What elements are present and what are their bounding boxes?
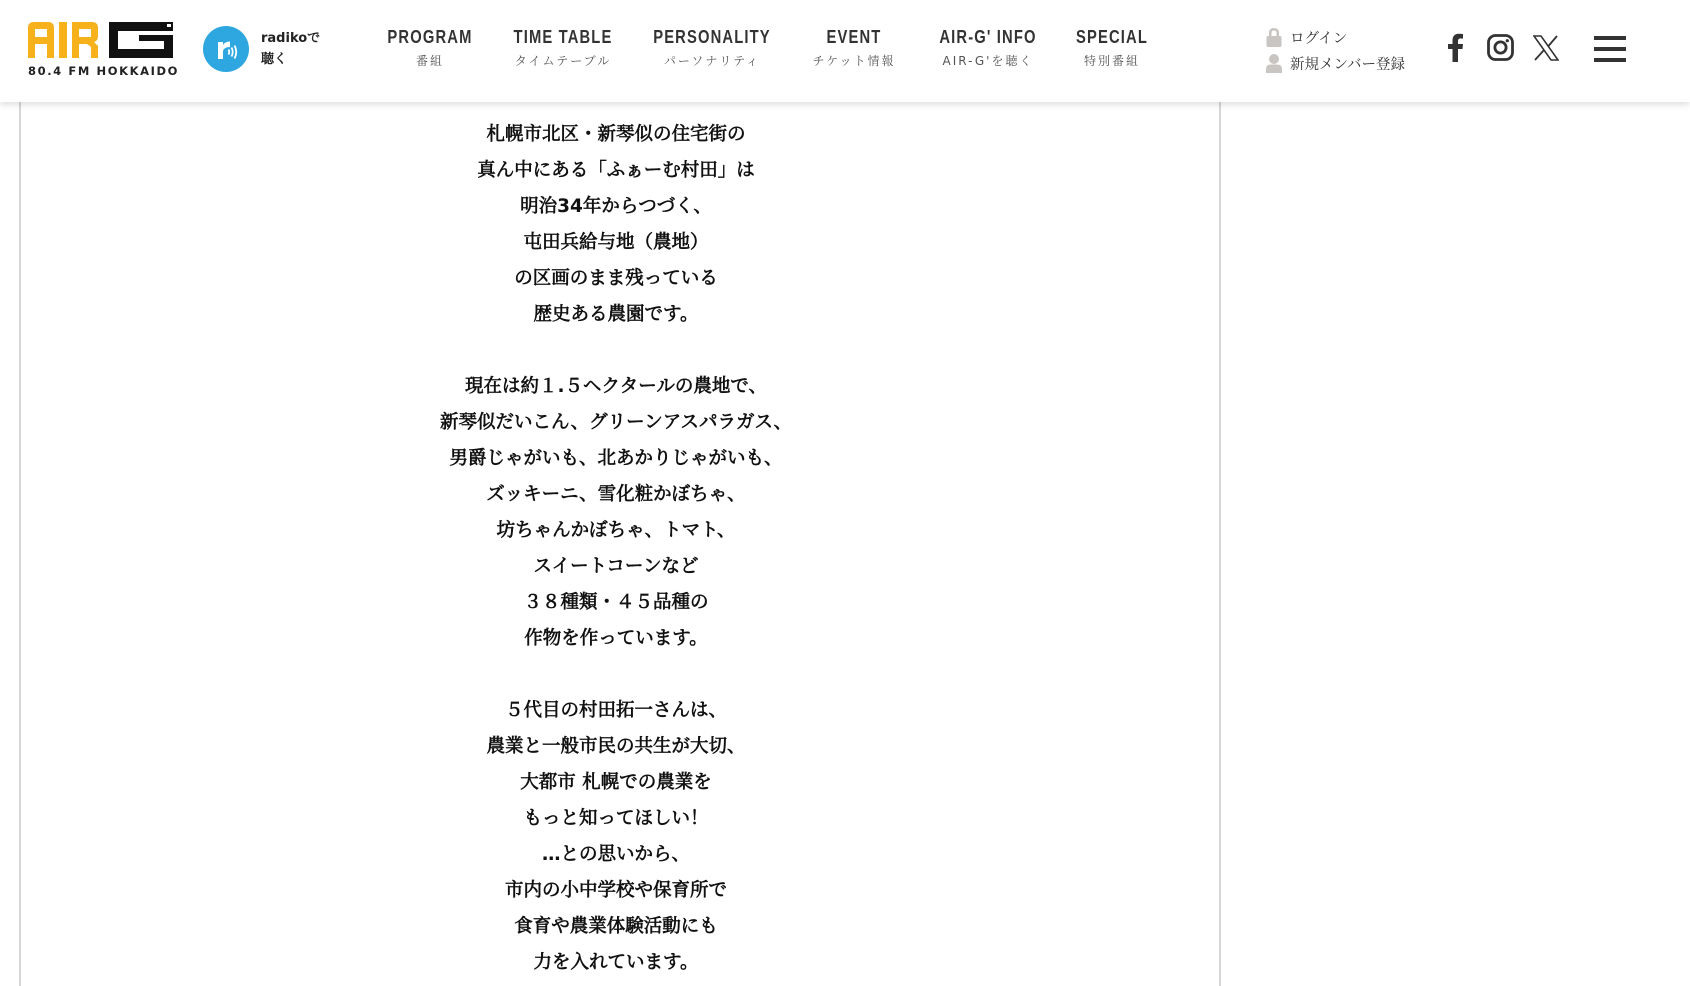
- nav-sublabel: 特別番組: [1068, 52, 1156, 69]
- article-line: 新琴似だいこん、グリーンアスパラガス、: [0, 405, 1232, 441]
- radiko-icon: [203, 26, 249, 72]
- instagram-link[interactable]: [1487, 34, 1514, 65]
- login-link[interactable]: ログイン: [1265, 24, 1405, 50]
- article-line: …との思いから、: [0, 837, 1232, 873]
- article-line: ズッキーニ、雪化粧かぼちゃ、: [0, 477, 1232, 513]
- article-line: の区画のまま残っている: [0, 261, 1232, 297]
- radiko-label-line2: 聴く: [261, 52, 287, 67]
- facebook-link[interactable]: [1446, 32, 1464, 66]
- nav-label: PERSONALITY: [653, 27, 771, 48]
- hamburger-menu-icon-bar: [1594, 36, 1626, 40]
- air-g-logo-mark: [28, 22, 180, 58]
- article-line: 坊ちゃんかぼちゃ、トマト、: [0, 513, 1232, 549]
- login-label: ログイン: [1290, 27, 1347, 48]
- paragraph-gap: [0, 657, 1232, 693]
- nav-item-event[interactable]: EVENT チケット情報: [813, 27, 896, 69]
- article-line: スイートコーンなど: [0, 549, 1232, 585]
- article-line: 農業と一般市民の共生が大切、: [0, 729, 1232, 765]
- hamburger-menu-button[interactable]: [1594, 36, 1626, 62]
- article-line: 現在は約１.５ヘクタールの農地で、: [0, 369, 1232, 405]
- article-line: 大都市 札幌での農業を: [0, 765, 1232, 801]
- article-line: 札幌市北区・新琴似の住宅街の: [0, 117, 1232, 153]
- register-label: 新規メンバー登録: [1290, 53, 1405, 74]
- instagram-icon: [1487, 34, 1514, 61]
- radiko-label: radikoで 聴く: [261, 28, 341, 70]
- article-line: 市内の小中学校や保育所で: [0, 873, 1232, 909]
- account-links: ログイン 新規メンバー登録: [1265, 24, 1405, 76]
- article-line: 男爵じゃがいも、北あかりじゃがいも、: [0, 441, 1232, 477]
- article-line: 真ん中にある「ふぁーむ村田」は: [0, 153, 1232, 189]
- article-line: 歴史ある農園です。: [0, 297, 1232, 333]
- logo-frequency-text: 80.4 FM HOKKAIDO: [28, 64, 180, 78]
- user-icon: [1265, 53, 1283, 73]
- nav-label: SPECIAL: [1076, 27, 1148, 48]
- x-icon: [1533, 35, 1559, 61]
- nav-sublabel: チケット情報: [813, 52, 896, 69]
- article-line: 屯田兵給与地（農地）: [0, 225, 1232, 261]
- article-line: 明治34年からつづく、: [0, 189, 1232, 225]
- nav-sublabel: タイムテーブル: [503, 52, 624, 69]
- air-g-logo[interactable]: 80.4 FM HOKKAIDO: [28, 22, 180, 78]
- article-line: 食育や農業体験活動にも: [0, 909, 1232, 945]
- article-line: ３８種類・４５品種の: [0, 585, 1232, 621]
- nav-sublabel: 番組: [378, 52, 482, 69]
- nav-item-air-g-info[interactable]: AIR-G' INFO AIR-G'を聴く: [929, 27, 1048, 69]
- article-line: ５代目の村田拓一さんは、: [0, 693, 1232, 729]
- radiko-label-line1: radikoで: [261, 31, 320, 46]
- nav-label: AIR-G' INFO: [939, 27, 1036, 48]
- article-line: もっと知ってほしい！: [0, 801, 1232, 837]
- nav-label: EVENT: [820, 27, 888, 48]
- article-line: 作物を作っています。: [0, 621, 1232, 657]
- article-body: 札幌市北区・新琴似の住宅街の 真ん中にある「ふぁーむ村田」は 明治34年からつづ…: [0, 117, 1232, 981]
- lock-icon: [1265, 27, 1283, 47]
- facebook-icon: [1446, 32, 1464, 62]
- nav-sublabel: AIR-G'を聴く: [929, 52, 1048, 69]
- nav-label: TIME TABLE: [514, 27, 613, 48]
- x-link[interactable]: [1533, 35, 1559, 65]
- hamburger-menu-icon-bar: [1594, 47, 1626, 51]
- nav-item-special[interactable]: SPECIAL 特別番組: [1068, 27, 1156, 69]
- hamburger-menu-icon-bar: [1594, 58, 1626, 62]
- paragraph-gap: [0, 333, 1232, 369]
- site-header: 80.4 FM HOKKAIDO radikoで 聴く PROGRAM 番組 T…: [0, 0, 1690, 102]
- nav-item-personality[interactable]: PERSONALITY パーソナリティ: [640, 27, 783, 69]
- nav-item-time-table[interactable]: TIME TABLE タイムテーブル: [503, 27, 624, 69]
- nav-item-program[interactable]: PROGRAM 番組: [378, 27, 482, 69]
- nav-sublabel: パーソナリティ: [640, 52, 783, 69]
- article-line: 力を入れています。: [0, 945, 1232, 981]
- nav-label: PROGRAM: [387, 27, 472, 48]
- register-link[interactable]: 新規メンバー登録: [1265, 50, 1405, 76]
